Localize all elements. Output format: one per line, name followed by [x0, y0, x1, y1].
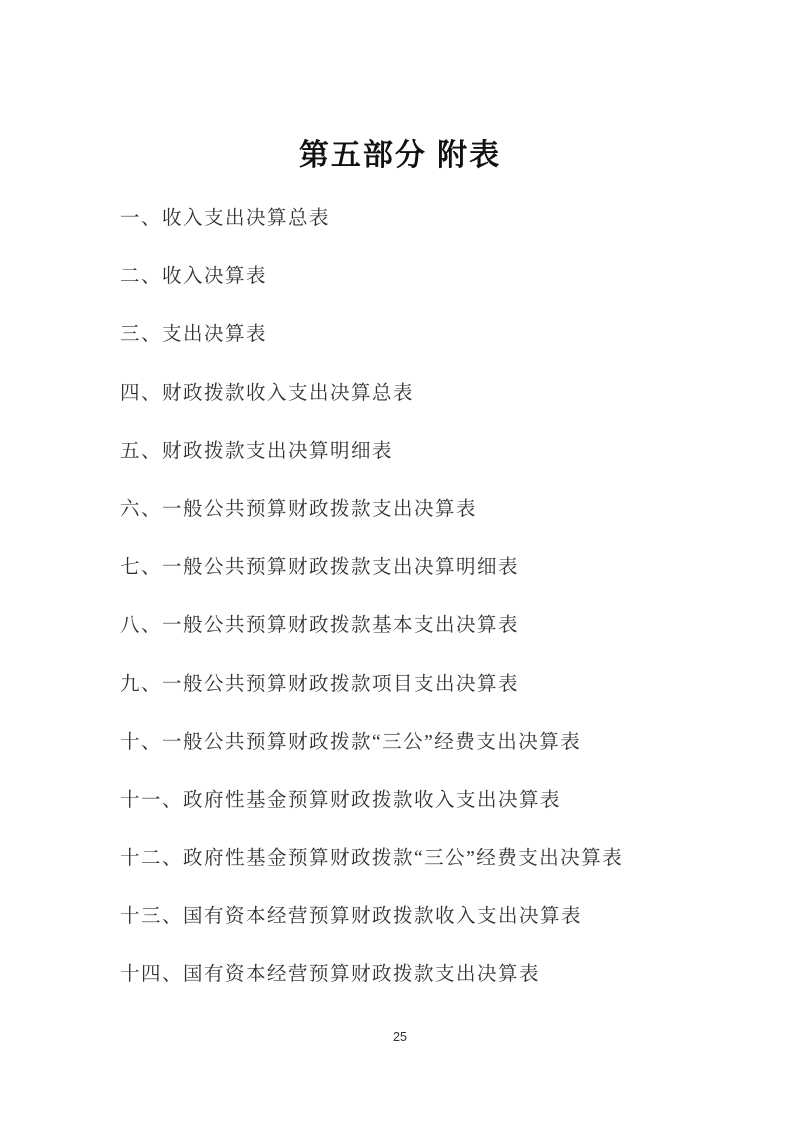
toc-item-11: 十一、政府性基金预算财政拨款收入支出决算表 [120, 772, 740, 830]
attached-tables-list: 一、收入支出决算总表 二、收入决算表 三、支出决算表 四、财政拨款收入支出决算总… [0, 190, 800, 1005]
toc-item-3: 三、支出决算表 [120, 306, 740, 364]
toc-item-1: 一、收入支出决算总表 [120, 190, 740, 248]
toc-item-6: 六、一般公共预算财政拨款支出决算表 [120, 481, 740, 539]
toc-item-7: 七、一般公共预算财政拨款支出决算明细表 [120, 539, 740, 597]
toc-item-10: 十、一般公共预算财政拨款“三公”经费支出决算表 [120, 714, 740, 772]
toc-item-9: 九、一般公共预算财政拨款项目支出决算表 [120, 656, 740, 714]
page-number: 25 [0, 1030, 800, 1044]
toc-item-2: 二、收入决算表 [120, 248, 740, 306]
toc-item-4: 四、财政拨款收入支出决算总表 [120, 365, 740, 423]
toc-item-12: 十二、政府性基金预算财政拨款“三公”经费支出决算表 [120, 830, 740, 888]
toc-item-5: 五、财政拨款支出决算明细表 [120, 423, 740, 481]
toc-item-13: 十三、国有资本经营预算财政拨款收入支出决算表 [120, 888, 740, 946]
document-page: 第五部分 附表 一、收入支出决算总表 二、收入决算表 三、支出决算表 四、财政拨… [0, 0, 800, 1131]
toc-item-14: 十四、国有资本经营预算财政拨款支出决算表 [120, 946, 740, 1004]
page-title: 第五部分 附表 [0, 0, 800, 174]
toc-item-8: 八、一般公共预算财政拨款基本支出决算表 [120, 597, 740, 655]
